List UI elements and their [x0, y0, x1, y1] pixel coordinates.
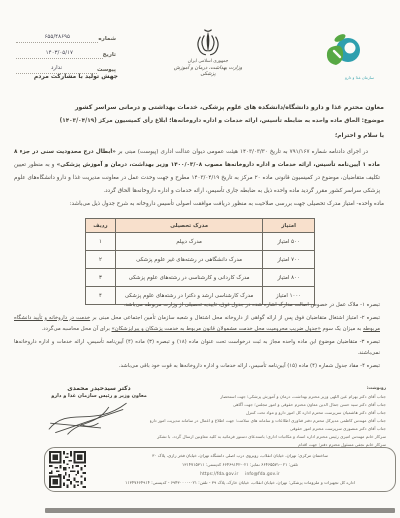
date-label: تاریخ	[103, 51, 116, 59]
signer-name: دکتر سیدحیدر محمدی	[45, 385, 153, 392]
scanned-letter-page: شماره ۶۵۵/۴۸۶۹۵ تاریخ ۱۴۰۳/۰۵/۱۷ پیوست ن…	[0, 0, 400, 518]
cc-item: جناب آقای دکتر هاشمیان سرپرست محترم ادار…	[150, 409, 386, 417]
footer-web-line: https://fda.gov.ir info@fda.gov.ir	[91, 469, 389, 478]
fda-logo-icon	[321, 56, 365, 75]
note-2-mid: به میزان یک سوم	[321, 326, 363, 332]
cell-degree: مدرک دانشگاهی در رشته‌های غیر علوم پزشکی	[115, 251, 262, 269]
table-row: ۷۰۰ امتیاز مدرک دانشگاهی در رشته‌های غیر…	[86, 251, 315, 269]
salutation-line: با سلام و احترام؛	[335, 133, 384, 139]
cell-rank: ۲	[86, 251, 116, 269]
note-2-underline-2: «جدول ضریب محرومیت محل خدمت مشمولان قانو…	[112, 326, 321, 332]
gov-line1: جمهوری اسلامی ایران	[168, 59, 248, 64]
scan-edge-strip	[45, 508, 395, 513]
table-row: ۵۰۰ امتیاز مدرک دیپلم ۱	[86, 233, 315, 251]
cell-rank: ۱	[86, 233, 116, 251]
number-row: شماره ۶۵۵/۴۸۶۹۵	[16, 33, 118, 43]
cc-label: رونوشت:	[150, 384, 386, 392]
note-2-post: برای آن محل محاسبه می‌گردد.	[42, 326, 112, 332]
degree-score-table: امتیاز مدرک تحصیلی ردیف ۵۰۰ امتیاز مدرک …	[85, 218, 315, 305]
footer-address-2: اداره کل تجهیزات و ملزومات پزشکی: تهران،…	[91, 478, 389, 487]
single-article-line: ماده واحده- امتیاز مدرک تحصیلی جهت بررسی…	[14, 198, 384, 211]
cell-rank: ۳	[86, 269, 116, 287]
gov-line2: وزارت بهداشت، درمان و آموزش پزشکی	[168, 65, 248, 77]
note-4: تبصره ۴- مفاد جدول شماره (۴) ماده (۱۵) آ…	[14, 361, 380, 373]
header-rank: ردیف	[86, 219, 116, 233]
note-1: تبصره ۱- ملاک عمل در خصوص اصالت مدارک اش…	[14, 300, 380, 312]
note-2-pre: تبصره ۲- امتیاز اشتغال متقاضیان فوق پس ا…	[90, 315, 380, 321]
cell-score: ۷۰۰ امتیاز	[263, 251, 315, 269]
cc-item: سرکار خانم مهندس امیری رئیس محترم اداره …	[150, 433, 386, 441]
notes-block: تبصره ۱- ملاک عمل در خصوص اصالت مدارک اش…	[14, 300, 380, 373]
body-paragraph: در اجرای دادنامه شماره ۷۹۱/۱۶۷ به تاریخ …	[14, 146, 380, 198]
body-text-pre: در اجرای دادنامه شماره ۷۹۱/۱۶۷ به تاریخ …	[116, 149, 368, 155]
iran-emblem-icon	[168, 28, 248, 58]
footer-text: ساختمان مرکزی: تهران، خیابان انقلاب، روب…	[91, 451, 389, 487]
fda-logo-block: سازمان غذا و دارو	[318, 31, 368, 80]
number-value: ۶۵۵/۴۸۶۹۵	[16, 33, 98, 43]
date-row: تاریخ ۱۴۰۳/۰۵/۱۷	[16, 49, 118, 59]
cc-item: جناب آقای دکتر بهرام عین اللهی وزیر محتر…	[150, 393, 386, 401]
fda-logo-caption: سازمان غذا و دارو	[324, 75, 374, 80]
note-2: تبصره ۲- امتیاز اشتغال متقاضیان فوق پس ا…	[14, 313, 380, 336]
cell-degree: مدرک کاردانی و کارشناسی در رشته‌های علوم…	[115, 269, 262, 287]
subject-line: موضوع: الحاق ماده واحده به ضابطه تأسیس، …	[14, 118, 384, 124]
cc-item: جناب آقای دکتر منصوری سرپرست محترم امور …	[150, 425, 386, 433]
header-degree: مدرک تحصیلی	[115, 219, 262, 233]
footer-contact-line: تلفن: ۰۲۱-۶۶۴۶۵۵۷۱ نمابر: ۰۲۱-۶۶۴۶۹۱۴۲ ک…	[91, 460, 389, 469]
table-header-row: امتیاز مدرک تحصیلی ردیف	[86, 219, 315, 233]
cell-score: ۸۰۰ امتیاز	[263, 269, 315, 287]
qr-code-icon	[49, 451, 86, 492]
footer-email: info@fda.gov.ir	[245, 471, 280, 476]
footer-address-1: ساختمان مرکزی: تهران، خیابان انقلاب، روب…	[91, 451, 389, 460]
header-score: امتیاز	[263, 219, 315, 233]
table-row: ۸۰۰ امتیاز مدرک کاردانی و کارشناسی در رش…	[86, 269, 315, 287]
cell-degree: مدرک دیپلم	[115, 233, 262, 251]
cc-item: جناب آقای دکتر سید حسن جمال الدین معاون …	[150, 401, 386, 409]
cc-item: جناب آقای مهندس کاظمی مدیرکل محترم دفتر …	[150, 417, 386, 425]
note-3: تبصره ۳- متقاضیان موضوع این ماده واحده م…	[14, 337, 380, 360]
date-value: ۱۴۰۳/۰۵/۱۷	[16, 49, 103, 59]
cell-score: ۵۰۰ امتیاز	[263, 233, 315, 251]
ministry-header: جمهوری اسلامی ایران وزارت بهداشت، درمان …	[168, 28, 248, 77]
cc-block: رونوشت: جناب آقای دکتر بهرام عین اللهی و…	[150, 384, 386, 449]
footer-url: https://fda.gov.ir	[200, 471, 238, 476]
signature-scribble	[38, 394, 142, 444]
addressee-line: معاون محترم غذا و دارو دانشگاه/دانشکده ه…	[14, 104, 384, 111]
footer-contact-box: ساختمان مرکزی: تهران، خیابان انقلاب، روب…	[44, 447, 396, 492]
number-label: شماره	[98, 35, 116, 43]
year-slogan: جهش تولید با مشارکت مردم	[16, 73, 118, 80]
